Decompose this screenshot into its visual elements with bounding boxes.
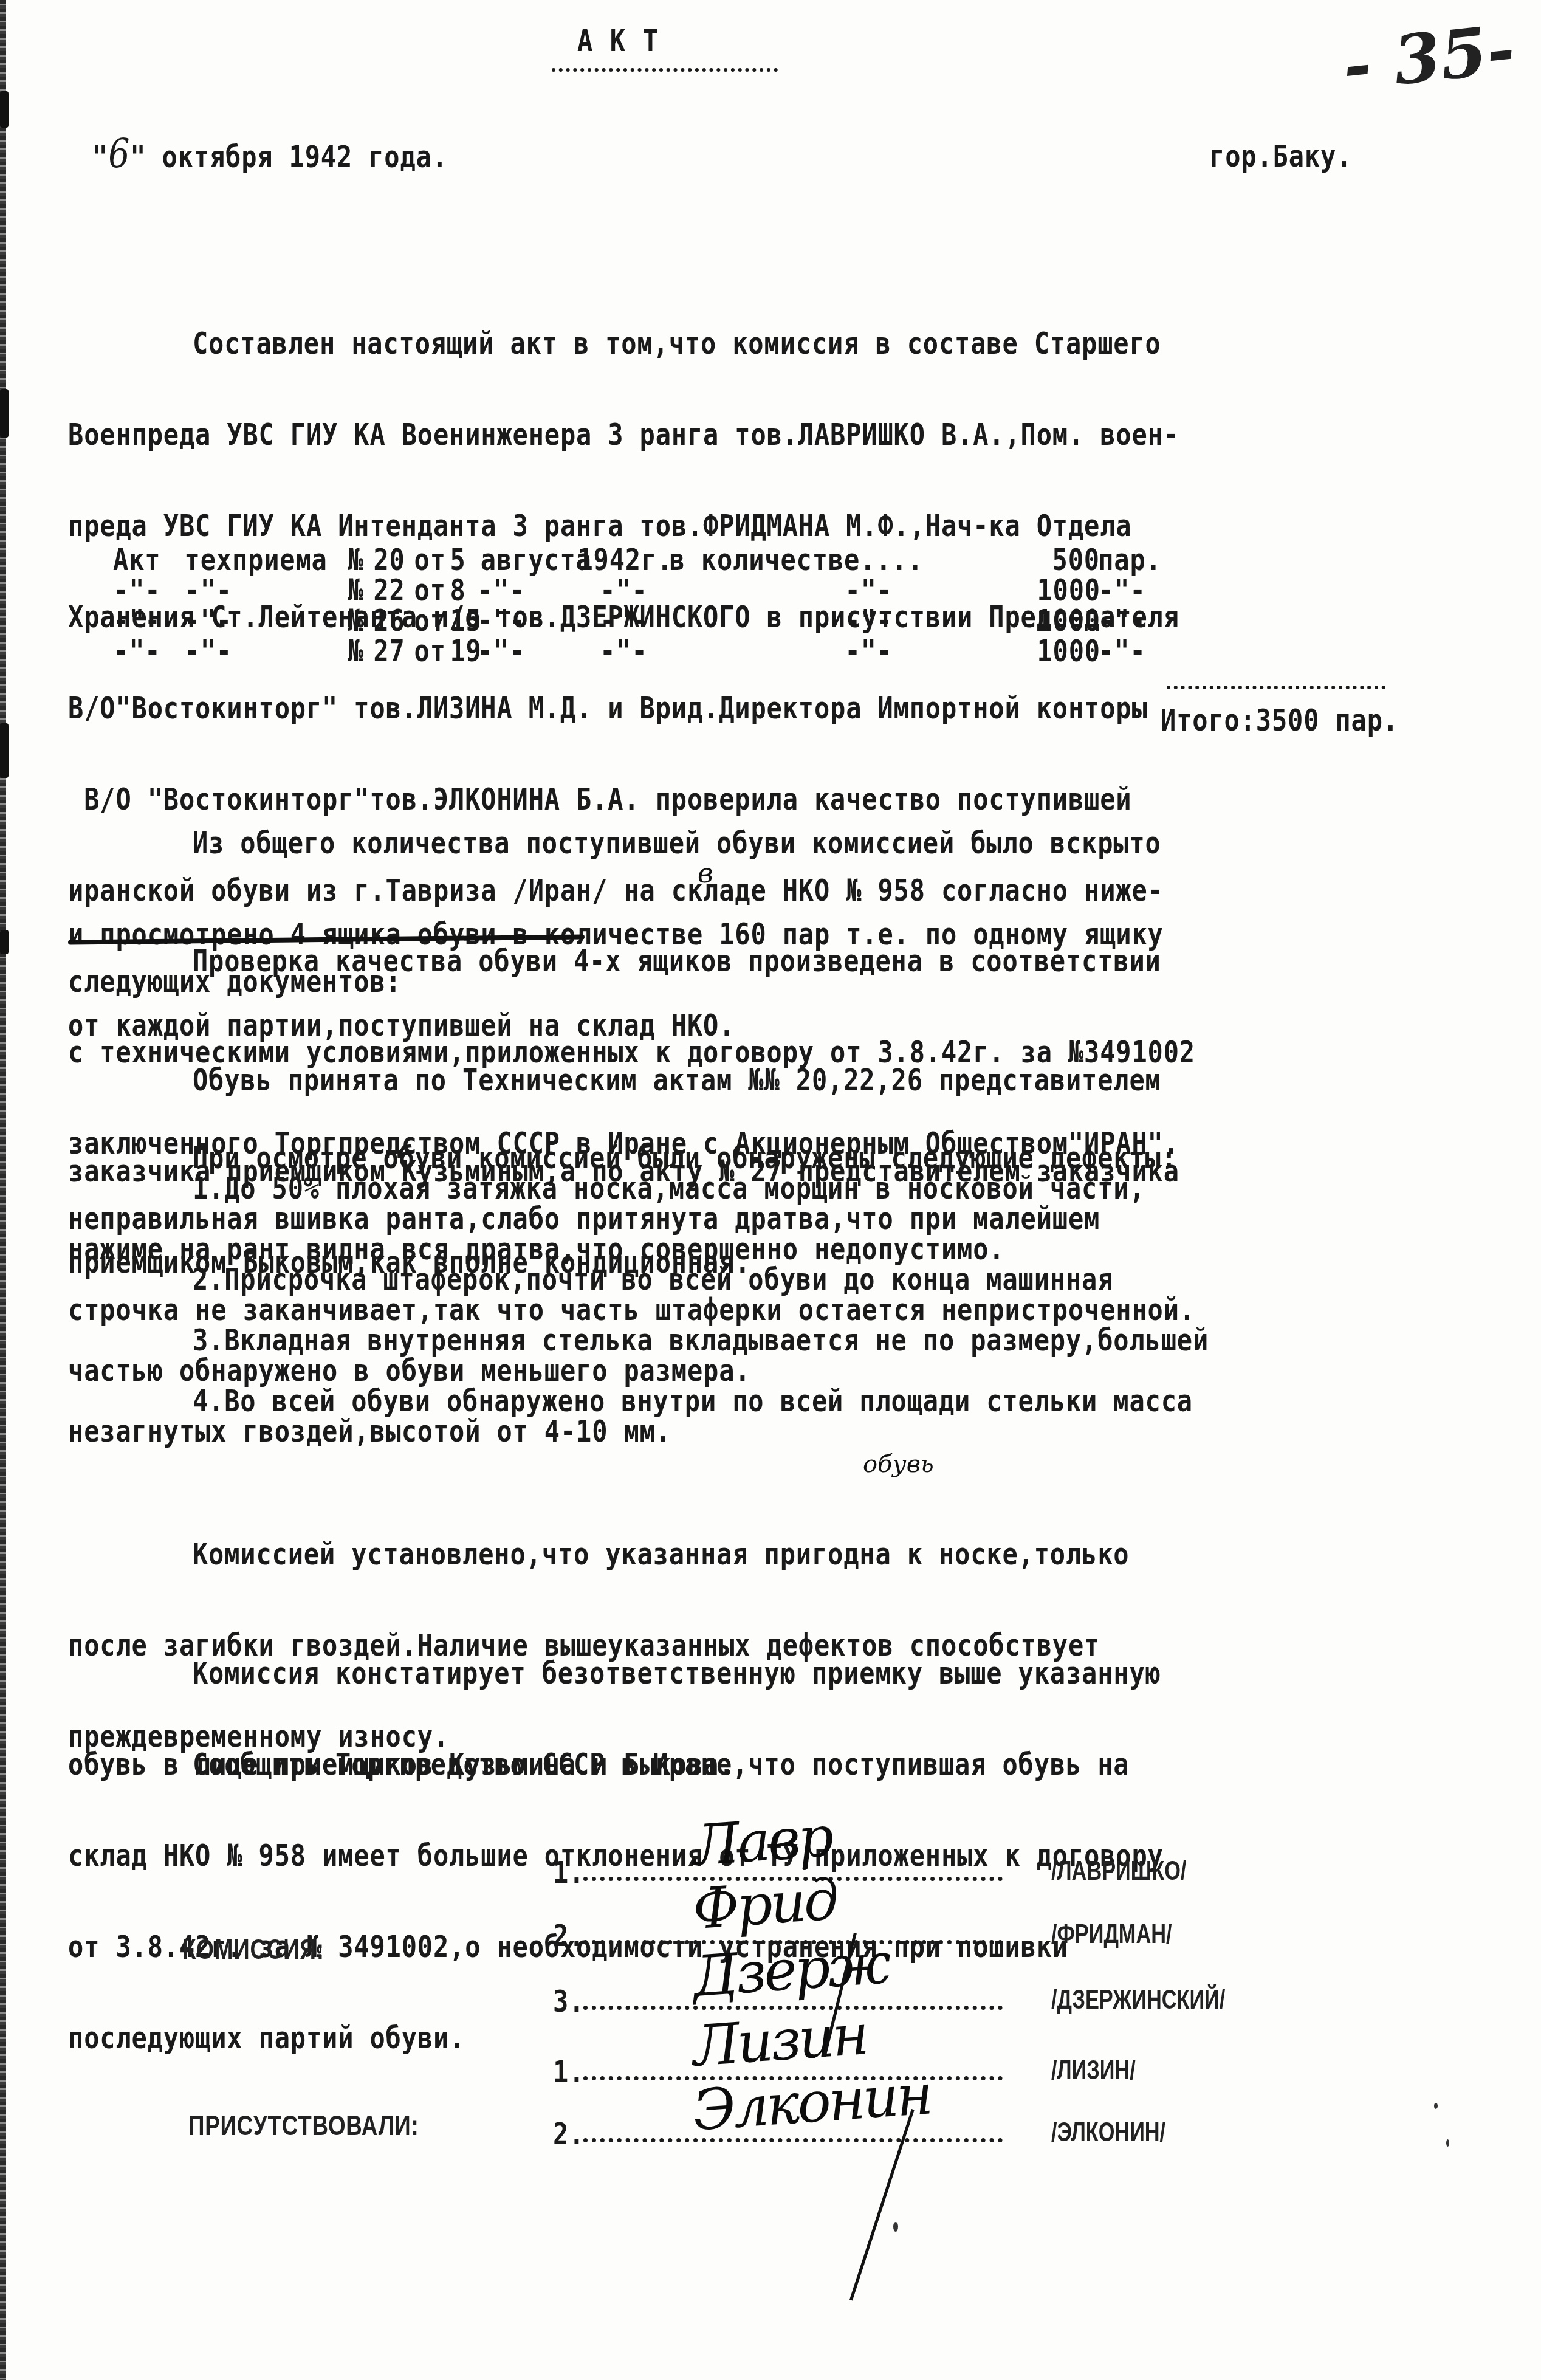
cell-doc: -"- [113, 605, 160, 636]
text-line: При осмотре обуви комиссией были обнаруж… [68, 1143, 1209, 1173]
cell-no-sign: № [348, 605, 363, 636]
paper-speck [893, 2222, 898, 2232]
cell-type: -"- [185, 575, 232, 605]
signature-index: 3. [553, 1986, 585, 2017]
cell-doc: Акт [113, 545, 160, 575]
cell-from: от [414, 605, 446, 636]
cell-qty-label: -"- [845, 575, 893, 605]
cell-qty-label: -"- [845, 605, 893, 636]
cell-no-sign: № [348, 636, 363, 666]
cell-year: -"- [600, 575, 647, 605]
handwritten-signature: Лавр [691, 1804, 834, 1879]
cell-day: 5 [450, 545, 465, 575]
text-line: 3.Вкладная внутренняя стелька вкладывает… [68, 1325, 1209, 1355]
quote-open: " [92, 139, 108, 174]
signature-line [583, 2138, 1003, 2142]
text-line: Обувь принята по Техническим актам №№ 20… [68, 1065, 1179, 1095]
cell-unit: -"- [1098, 605, 1145, 636]
cell-qty: 1000 [1037, 636, 1100, 666]
document-page: АКТ - 35- "6" октября 1942 года. гор.Бак… [0, 0, 1541, 2380]
cell-qty: 1000 [1037, 605, 1100, 636]
cell-doc: -"- [113, 636, 160, 666]
cell-qty-label: -"- [845, 636, 893, 666]
binding-edge [0, 0, 6, 2380]
signatory-name: /ДЗЕРЖИНСКИЙ/ [1051, 1985, 1225, 2015]
cell-unit: -"- [1098, 575, 1145, 605]
cell-qty: 1000 [1037, 575, 1100, 605]
text-line: Проверка качества обуви 4-х ящиков произ… [68, 946, 1195, 976]
text-line: последующих партий обуви. [68, 2023, 1164, 2053]
cell-number: 20 [373, 545, 405, 575]
acts-total: Итого:3500 пар. [1161, 705, 1399, 735]
cell-number: 26 [373, 605, 405, 636]
text-line: Из общего количества поступившей обуви к… [68, 828, 1164, 858]
text-line: Комиссией установлено,что указанная приг… [68, 1539, 1129, 1569]
cell-no-sign: № [348, 545, 363, 575]
cell-month: -"- [478, 636, 525, 666]
signature-index: 1. [553, 2057, 585, 2087]
title-underline [552, 68, 778, 72]
cell-qty: 500 [1052, 545, 1100, 575]
date-rest: октября 1942 года. [162, 139, 448, 174]
signature-index: 2. [553, 2119, 585, 2149]
binding-mark [0, 389, 9, 438]
signatory-name: /ЛИЗИН/ [1051, 2055, 1136, 2086]
text-line: склад НКО № 958 имеет большие отклонения… [68, 1840, 1164, 1871]
signature-index: 2. [553, 1921, 585, 1951]
cell-type: техприема [185, 545, 328, 575]
text-line: строчка не заканчивает,так что часть шта… [68, 1295, 1209, 1325]
total-divider [1167, 686, 1385, 689]
cell-year: -"- [600, 605, 647, 636]
binding-mark [0, 930, 9, 954]
document-title: АКТ [577, 26, 676, 56]
text-line: частью обнаружено в обуви меньшего разме… [68, 1355, 1209, 1386]
present-label: ПРИСУТСТВОВАЛИ: [188, 2109, 419, 2142]
text-line: 2.Присрочка штаферок,почти во всей обуви… [68, 1264, 1209, 1295]
defects-paragraph: При осмотре обуви комиссией были обнаруж… [68, 1143, 1209, 1446]
page-number: - 35- [1339, 10, 1519, 106]
cell-month: -"- [478, 575, 525, 605]
signature-index: 1. [553, 1857, 585, 1888]
cell-unit: пар. [1098, 545, 1162, 575]
text-line: преда УВС ГИУ КА Интенданта 3 ранга тов.… [68, 511, 1179, 541]
signatory-name: /ЭЛКОНИН/ [1051, 2117, 1165, 2148]
signatory-name: /ФРИДМАН/ [1051, 1919, 1172, 1950]
commission-label: КОМИССИЯ: [182, 1933, 324, 1966]
text-line: Сообщить Торгпредство СССР в Иране,что п… [68, 1749, 1164, 1780]
text-line: 4.Во всей обуви обнаружено внутри по все… [68, 1386, 1209, 1416]
text-line: неправильная вшивка ранта,слабо притянут… [68, 1203, 1209, 1234]
paper-speck [1434, 2103, 1438, 2109]
binding-mark [0, 723, 9, 778]
cell-year: 1942г. [577, 545, 673, 575]
cell-from: от [414, 575, 446, 605]
handwritten-signature: Дзерж [691, 1931, 891, 2009]
text-line: Военпреда УВС ГИУ КА Военинженера 3 ранг… [68, 419, 1179, 450]
cell-doc: -"- [113, 575, 160, 605]
cell-from: от [414, 636, 446, 666]
cell-month: августа [481, 545, 592, 575]
date-day: 6 [108, 130, 130, 177]
cell-number: 22 [373, 575, 405, 605]
cell-no-sign: № [348, 575, 363, 605]
cell-unit: -"- [1098, 636, 1145, 666]
document-city: гор.Баку. [1209, 141, 1352, 171]
handwritten-signature: Фрид [691, 1867, 839, 1942]
cell-type: -"- [185, 636, 232, 666]
handwritten-insert: обувь [863, 1450, 934, 1478]
binding-mark [0, 91, 9, 128]
text-line: нажиме на рант видна вся дратва,что сове… [68, 1234, 1209, 1264]
cell-number: 27 [373, 636, 405, 666]
document-date: "6" октября 1942 года. [92, 139, 448, 172]
text-line: Составлен настоящий акт в том,что комисс… [68, 328, 1179, 359]
cell-day: 8 [450, 575, 465, 605]
signatory-name: /ЛАВРИШКО/ [1051, 1856, 1186, 1886]
paper-speck [1446, 2139, 1449, 2147]
cell-from: от [414, 545, 446, 575]
quote-close: " [130, 139, 146, 174]
notify-paragraph: Сообщить Торгпредство СССР в Иране,что п… [68, 1688, 1164, 2114]
text-line: 1.До 50% плохая затяжка носка,масса морщ… [68, 1173, 1209, 1203]
text-line: незагнутых гвоздей,высотой от 4-10 мм. [68, 1416, 1209, 1446]
text-line: В/О"Востокинторг" тов.ЛИЗИНА М.Д. и Врид… [68, 693, 1179, 723]
cell-type: -"- [185, 605, 232, 636]
cell-qty-label: в количестве.... [670, 545, 924, 575]
text-line: Комиссия констатирует безответственную п… [68, 1658, 1161, 1688]
cell-year: -"- [600, 636, 647, 666]
cell-month: -"- [478, 605, 525, 636]
